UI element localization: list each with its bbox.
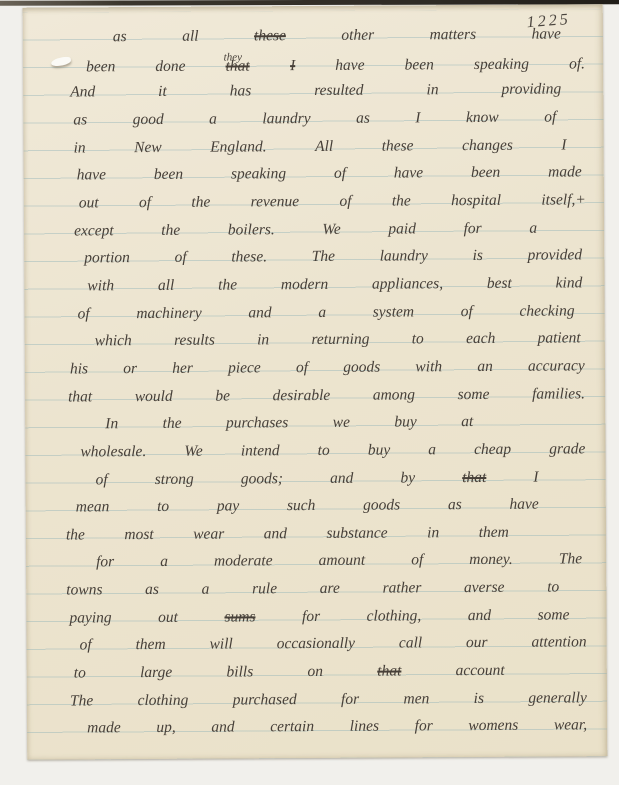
handwritten-word: have — [335, 57, 364, 75]
handwriting-line: meantopaysuchgoodsashave — [56, 490, 594, 521]
handwritten-word: to — [547, 579, 559, 597]
handwritten-word: goods — [343, 358, 380, 376]
handwritten-word: rule — [252, 580, 277, 598]
handwritten-word: each — [466, 330, 495, 348]
handwritten-word: pay — [217, 498, 240, 516]
handwritten-word: the — [392, 192, 411, 210]
handwriting-line: themostwearandsubstanceinthem — [56, 518, 594, 549]
handwritten-word: wholesale. — [80, 443, 146, 461]
handwritten-word: of — [461, 303, 473, 321]
handwritten-word: I — [561, 136, 566, 154]
handwritten-word: that — [377, 663, 401, 681]
handwriting-line: asalltheseothermattershave — [53, 20, 591, 51]
handwritten-word: among — [373, 386, 415, 404]
handwritten-word: checking — [519, 302, 574, 320]
handwritten-word: these — [382, 137, 414, 155]
handwritten-word: at — [461, 413, 473, 431]
handwritten-word: generally — [528, 689, 587, 707]
handwritten-word: that — [462, 468, 486, 486]
handwritten-word: is — [473, 247, 483, 265]
handwritten-word: by — [400, 469, 415, 487]
handwritten-word: up, — [156, 719, 175, 737]
handwriting-line: thatwouldbedesirableamongsomefamilies. — [55, 380, 593, 411]
handwriting-line: foramoderateamountofmoney.The — [56, 546, 594, 577]
handwritten-word: as — [73, 111, 87, 129]
handwritten-word: with — [415, 358, 442, 376]
handwritten-word: hospital — [451, 192, 501, 210]
handwritten-word: be — [215, 387, 230, 405]
handwritten-word: account — [456, 662, 505, 680]
handwritten-word: large — [140, 664, 172, 682]
handwritten-word: have — [509, 496, 538, 514]
handwritten-word: amount — [319, 552, 366, 570]
struck-word: that — [462, 468, 486, 485]
handwriting-line: tolargebillsonthataccount — [57, 656, 595, 687]
handwritten-word: averse — [464, 579, 505, 597]
handwritten-word: wear, — [554, 717, 587, 735]
handwritten-word: cheap — [474, 441, 511, 459]
handwriting-line: payingoutsumsforclothing,andsome — [56, 601, 594, 632]
handwritten-word: laundry — [262, 110, 310, 128]
handwriting-lines: asalltheseothermattershavebeendonethatth… — [53, 20, 595, 742]
handwriting-line: havebeenspeakingofhavebeenmade — [54, 159, 592, 190]
handwritten-word: providing — [501, 81, 561, 99]
handwritten-word: have — [77, 167, 106, 185]
handwritten-word: done — [155, 58, 185, 76]
struck-word: I — [290, 57, 295, 74]
handwritten-word: of — [334, 165, 346, 183]
handwritten-word: I — [415, 109, 420, 127]
handwriting-line: ofmachineryandasystemofchecking — [54, 297, 592, 328]
handwritten-word: to — [412, 331, 424, 349]
handwriting-line: townsasaruleareratheraverseto — [56, 573, 594, 604]
handwritten-word: the — [163, 415, 182, 433]
handwritten-word: are — [320, 580, 340, 598]
handwritten-word: New — [134, 139, 162, 157]
handwritten-word: it — [158, 83, 167, 101]
handwritten-word: in — [426, 82, 438, 100]
handwritten-word: and — [330, 469, 353, 487]
handwritten-word: good — [133, 111, 164, 129]
handwritten-word: modern — [281, 276, 328, 294]
handwritten-word: we — [333, 414, 350, 432]
handwritten-word: and — [248, 304, 271, 322]
handwritten-word: has — [230, 83, 252, 101]
handwritten-word: out — [79, 194, 99, 212]
handwritten-word: them — [135, 636, 165, 654]
handwritten-word: these — [254, 27, 286, 45]
handwritten-word: to — [74, 664, 86, 682]
handwritten-word: and — [468, 607, 491, 625]
handwriting-line: Inthepurchaseswebuyat — [55, 407, 593, 438]
handwritten-word: and — [211, 719, 234, 737]
handwritten-word: grade — [549, 440, 585, 458]
handwritten-word: system — [373, 303, 414, 321]
handwritten-word: provided — [528, 247, 583, 265]
handwritten-word: In — [105, 415, 118, 433]
handwriting-line: inNewEngland.AllthesechangesI — [53, 131, 591, 162]
handwritten-word: these. — [231, 249, 267, 267]
handwritten-word: results — [174, 332, 215, 350]
handwritten-word: made — [548, 164, 582, 182]
handwritten-word: for — [341, 690, 359, 708]
handwritten-word: most — [124, 526, 153, 544]
handwritten-word: purchased — [233, 691, 297, 709]
handwritten-word: of — [139, 194, 151, 212]
handwritten-word: the — [161, 221, 180, 239]
handwritten-word: of — [175, 249, 187, 267]
handwriting-line: withallthemodernappliances,bestkind — [54, 269, 592, 300]
handwritten-word: been — [471, 164, 500, 182]
handwritten-word: for — [96, 554, 114, 572]
handwritten-word: purchases — [226, 414, 288, 432]
handwritten-word: in — [257, 331, 269, 349]
handwritten-word: in — [74, 139, 86, 157]
handwritten-word: of — [78, 305, 90, 323]
handwritten-word: as — [448, 496, 462, 514]
handwritten-word: of — [411, 552, 423, 570]
handwritten-word: strong — [155, 470, 194, 488]
handwriting-line: beendonethattheyIhavebeenspeakingof. — [53, 48, 591, 79]
handwritten-word: such — [287, 497, 316, 515]
handwriting-line: wholesale.Weintendtobuyacheapgrade — [55, 435, 593, 466]
handwritten-word: his — [70, 360, 88, 378]
handwritten-word: all — [158, 277, 174, 295]
handwritten-word: paying — [69, 609, 111, 627]
handwritten-word: families. — [532, 385, 585, 403]
handwritten-word: for — [302, 608, 320, 626]
handwritten-word: The — [312, 248, 335, 266]
handwritten-word: rather — [383, 579, 422, 597]
handwritten-word: moderate — [214, 553, 273, 571]
handwritten-word: attention — [531, 634, 586, 652]
handwritten-word: call — [399, 635, 422, 653]
handwritten-word: have — [394, 165, 423, 183]
handwriting-line: outoftherevenueofthehospitalitself,+ — [54, 186, 592, 217]
handwritten-word: men — [403, 690, 429, 708]
handwritten-word: desirable — [272, 386, 330, 404]
handwritten-word: mean — [76, 498, 110, 516]
handwriting-line: madeup,andcertainlinesforwomenswear, — [57, 712, 595, 743]
handwritten-word: The — [70, 692, 93, 710]
handwritten-word: some — [458, 385, 490, 403]
handwritten-word: England. — [210, 138, 267, 156]
inserted-word: they — [224, 51, 242, 63]
handwritten-word: have — [531, 25, 560, 43]
handwritten-word: paid — [388, 220, 416, 238]
handwritten-word: of — [296, 359, 308, 377]
handwritten-word: goods — [363, 497, 400, 515]
handwritten-word: appliances, — [372, 275, 443, 293]
handwritten-word: with — [87, 277, 114, 295]
handwritten-word: buy — [368, 441, 391, 459]
handwriting-line: Theclothingpurchasedformenisgenerally — [57, 684, 595, 715]
manuscript-page: 1225 asalltheseothermattershavebeendonet… — [23, 4, 608, 760]
handwritten-word: We — [322, 220, 340, 238]
handwritten-word: best — [487, 275, 512, 293]
handwritten-word: patient — [538, 330, 581, 348]
handwritten-word: sums — [224, 608, 255, 626]
handwriting-line: ofstronggoods;andbythatI — [56, 463, 594, 494]
handwritten-word: them — [479, 524, 509, 542]
handwritten-word: resulted — [314, 82, 363, 100]
handwritten-word: returning — [311, 331, 369, 349]
handwritten-word: the — [66, 526, 85, 544]
handwritten-word: will — [210, 636, 233, 654]
handwritten-word: know — [466, 109, 499, 127]
handwritten-word: goods; — [241, 470, 283, 488]
handwritten-word: of — [96, 471, 108, 489]
handwritten-word: as — [113, 28, 127, 46]
handwritten-word: been — [405, 56, 434, 74]
handwritten-word: made — [87, 720, 121, 738]
handwritten-word: of — [544, 108, 556, 126]
handwritten-word: is — [474, 690, 484, 708]
handwritten-word: and — [264, 525, 287, 543]
handwritten-word: laundry — [380, 248, 428, 266]
handwritten-word: towns — [66, 581, 102, 599]
handwritten-word: occasionally — [277, 635, 355, 653]
handwriting-line: excepttheboilers.Wepaidfora — [54, 214, 592, 245]
handwritten-word: the — [191, 194, 210, 212]
handwritten-word: bills — [226, 663, 253, 681]
handwritten-word: the — [218, 276, 237, 294]
handwritten-word: a — [209, 111, 217, 129]
handwritten-word: to — [318, 442, 330, 460]
handwritten-word: out — [158, 609, 178, 627]
handwritten-word: All — [315, 138, 333, 156]
handwritten-word: speaking — [474, 55, 529, 73]
handwritten-word: all — [182, 28, 198, 46]
handwritten-word: to — [157, 498, 169, 516]
handwritten-word: womens — [468, 717, 518, 735]
handwritten-word: for — [464, 220, 482, 238]
handwritten-word: a — [529, 219, 537, 237]
handwritten-word: The — [559, 551, 582, 569]
handwritten-word: certain — [270, 718, 314, 736]
handwritten-word: as — [145, 581, 159, 599]
handwritten-word: a — [428, 441, 436, 459]
handwriting-line: asgoodalaundryasIknowof — [53, 103, 591, 134]
handwritten-word: of — [339, 193, 351, 211]
handwritten-word: We — [184, 443, 202, 461]
handwritten-word: for — [415, 718, 433, 736]
handwritten-word: machinery — [136, 304, 202, 322]
handwritten-word: of — [80, 637, 92, 655]
handwritten-word: revenue — [251, 193, 300, 211]
handwritten-word: clothing, — [367, 607, 422, 625]
handwritten-word: speaking — [231, 165, 286, 183]
handwritten-word: matters — [430, 26, 477, 44]
handwritten-word: kind — [556, 274, 583, 292]
handwritten-word: piece — [228, 359, 261, 377]
handwritten-word: I — [533, 468, 538, 486]
handwritten-word: money. — [469, 551, 513, 569]
handwritten-word: been — [86, 58, 115, 76]
struck-word: that — [377, 663, 401, 680]
handwritten-word: on — [307, 663, 323, 681]
handwritten-word: a — [202, 581, 210, 599]
handwritten-word: of. — [569, 55, 585, 73]
handwritten-word: boilers. — [228, 221, 275, 239]
handwritten-word: changes — [462, 136, 513, 154]
handwritten-word: would — [135, 387, 173, 405]
handwriting-line: portionofthese.Thelaundryisprovided — [54, 242, 592, 273]
handwritten-word: an — [477, 358, 493, 376]
handwritten-word: as — [356, 110, 370, 128]
handwritten-word: lines — [350, 718, 379, 736]
handwritten-word: our — [466, 634, 488, 652]
handwriting-line: ofthemwilloccasionallycallourattention — [57, 629, 595, 660]
handwritten-word: or — [123, 360, 137, 378]
handwritten-word: a — [160, 553, 168, 571]
handwritten-word: I — [290, 57, 295, 75]
handwritten-word: itself,+ — [541, 191, 586, 209]
struck-word: these — [254, 27, 286, 44]
handwritten-word: that — [68, 388, 92, 406]
handwritten-word: which — [95, 332, 132, 350]
handwritten-word: a — [318, 303, 326, 321]
handwritten-word: accuracy — [528, 357, 585, 375]
handwritten-word: in — [427, 524, 439, 542]
handwritten-word: intend — [241, 442, 280, 460]
handwriting-line: Andithasresultedinproviding — [53, 76, 591, 107]
struck-word: sums — [224, 608, 255, 625]
handwritten-word: thatthey — [226, 55, 251, 75]
handwritten-word: clothing — [137, 692, 188, 710]
handwritten-word: except — [74, 222, 114, 240]
handwriting-line: whichresultsinreturningtoeachpatient — [55, 325, 593, 356]
handwritten-word: And — [70, 84, 95, 102]
handwriting-line: hisorherpieceofgoodswithanaccuracy — [55, 352, 593, 383]
handwritten-word: other — [341, 27, 374, 45]
handwritten-word: portion — [84, 249, 130, 267]
handwritten-word: buy — [394, 414, 417, 432]
handwritten-word: wear — [193, 525, 224, 543]
handwritten-word: some — [538, 606, 570, 624]
handwritten-word: been — [154, 166, 183, 184]
handwritten-word: substance — [326, 524, 387, 542]
handwritten-word: her — [172, 360, 193, 378]
